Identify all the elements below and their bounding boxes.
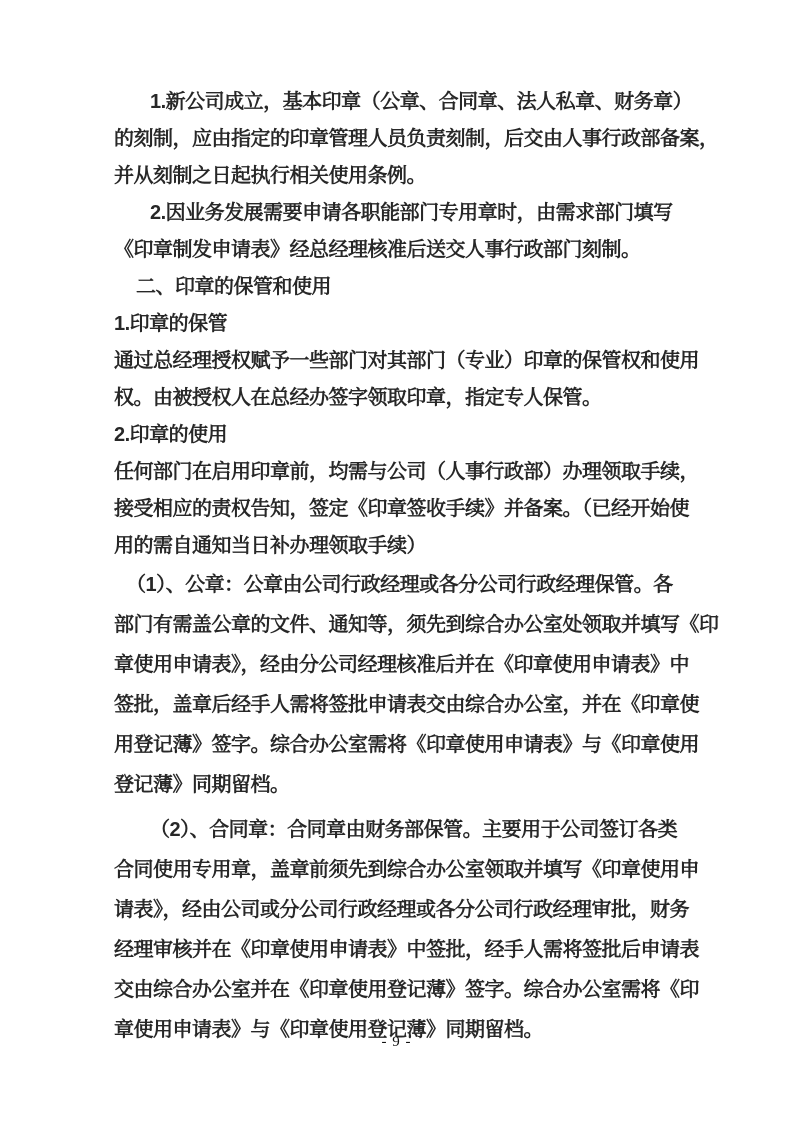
text-line: 签批，盖章后经手人需将签批申请表交由综合办公室，并在《印章使 bbox=[114, 685, 688, 725]
text-line: 并从刻制之日起执行相关使用条例。 bbox=[114, 158, 688, 195]
text-line: 部门有需盖公章的文件、通知等，须先到综合办公室处领取并填写《印 bbox=[114, 605, 688, 645]
text-line: （1）、公章：公章由公司行政经理或各分公司行政经理保管。各 bbox=[114, 565, 688, 605]
text-line: 用的需自通知当日补办理领取手续） bbox=[114, 528, 688, 565]
text-line: 章使用申请表》，经由分公司经理核准后并在《印章使用申请表》中 bbox=[114, 645, 688, 685]
document-body: 1.新公司成立，基本印章（公章、合同章、法人私章、财务章） 的刻制，应由指定的印… bbox=[114, 84, 688, 1050]
text-line: 2.因业务发展需要申请各职能部门专用章时，由需求部门填写 bbox=[114, 195, 688, 232]
sub-heading: 2.印章的使用 bbox=[114, 417, 688, 454]
text-line: 接受相应的责权告知，签定《印章签收手续》并备案。（已经开始使 bbox=[114, 491, 688, 528]
text-line: 任何部门在启用印章前，均需与公司（人事行政部）办理领取手续， bbox=[114, 454, 688, 491]
text-line: 登记薄》同期留档。 bbox=[114, 765, 688, 805]
document-page: 1.新公司成立，基本印章（公章、合同章、法人私章、财务章） 的刻制，应由指定的印… bbox=[0, 0, 793, 1122]
text-line: 经理审核并在《印章使用申请表》中签批，经手人需将签批后申请表 bbox=[114, 930, 688, 970]
text-line: 《印章制发申请表》经总经理核准后送交人事行政部门刻制。 bbox=[114, 232, 688, 269]
text-line: 请表》，经由公司或分公司行政经理或各分公司行政经理审批，财务 bbox=[114, 890, 688, 930]
text-line: 1.新公司成立，基本印章（公章、合同章、法人私章、财务章） bbox=[114, 84, 688, 121]
text-line: （2）、合同章：合同章由财务部保管。主要用于公司签订各类 bbox=[114, 810, 688, 850]
text-line: 权。由被授权人在总经办签字领取印章，指定专人保管。 bbox=[114, 380, 688, 417]
text-line: 用登记薄》签字。综合办公室需将《印章使用申请表》与《印章使用 bbox=[114, 725, 688, 765]
section-heading: 二、印章的保管和使用 bbox=[114, 269, 688, 306]
text-line: 交由综合办公室并在《印章使用登记薄》签字。综合办公室需将《印 bbox=[114, 970, 688, 1010]
page-number: - 9 - bbox=[0, 1034, 793, 1051]
text-line: 合同使用专用章，盖章前须先到综合办公室领取并填写《印章使用申 bbox=[114, 850, 688, 890]
text-line: 的刻制，应由指定的印章管理人员负责刻制，后交由人事行政部备案， bbox=[114, 121, 688, 158]
text-line: 通过总经理授权赋予一些部门对其部门（专业）印章的保管权和使用 bbox=[114, 343, 688, 380]
sub-heading: 1.印章的保管 bbox=[114, 306, 688, 343]
